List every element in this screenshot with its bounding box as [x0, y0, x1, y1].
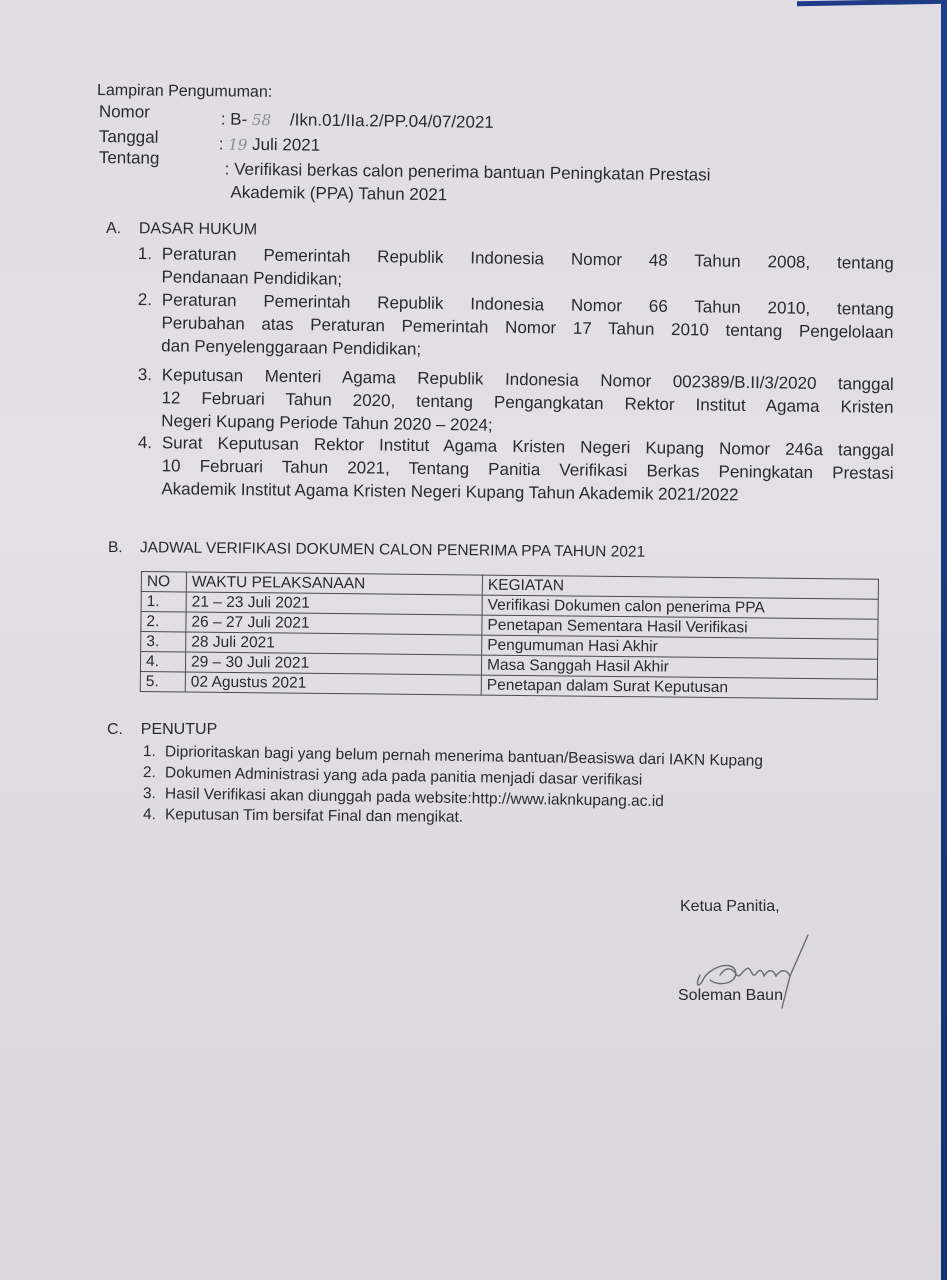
- tanggal-value: Juli 2021: [252, 135, 320, 155]
- cell-waktu: 26 – 27 Juli 2021: [186, 612, 482, 635]
- section-letter: B.: [108, 539, 123, 556]
- item-number: 4.: [143, 806, 165, 824]
- item-number: 3.: [138, 363, 152, 386]
- signature-title: Ketua Panitia,: [680, 898, 780, 916]
- handwritten-number: 58: [252, 111, 271, 129]
- meta-value: : Verifikasi berkas calon penerima bantu…: [225, 160, 711, 186]
- nomor-value: /Ikn.01/IIa.2/PP.04/07/2021: [290, 110, 494, 131]
- dasar-hukum-item: 1. Peraturan Pemerintah Republik Indones…: [138, 242, 894, 252]
- item-text: Keputusan Tim bersifat Final dan mengika…: [165, 806, 463, 826]
- cell-no: 3.: [141, 632, 186, 652]
- document-page: Lampiran Pengumuman: Nomor : B- 58 /Ikn.…: [0, 0, 947, 1280]
- cell-waktu: 21 – 23 Juli 2021: [186, 592, 482, 615]
- section-letter: A.: [106, 220, 121, 237]
- meta-label: Tanggal: [99, 127, 159, 148]
- cell-kegiatan: Penetapan dalam Surat Keputusan: [481, 675, 877, 699]
- item-number: 2.: [143, 764, 165, 782]
- schedule-table: NO WAKTU PELAKSANAAN KEGIATAN 1. 21 – 23…: [140, 571, 879, 700]
- background-edge-top: [797, 0, 947, 6]
- meta-prefix: :: [225, 160, 230, 179]
- section-b-heading: B. JADWAL VERIFIKASI DOKUMEN CALON PENER…: [108, 539, 645, 562]
- meta-label: Nomor: [99, 102, 150, 123]
- meta-label: Tentang: [99, 148, 160, 169]
- item-text: Keputusan Menteri Agama Republik Indones…: [161, 363, 894, 442]
- tentang-value-line2: Akademik (PPA) Tahun 2021: [230, 183, 447, 206]
- item-text: Dokumen Administrasi yang ada pada panit…: [165, 764, 643, 788]
- meta-value: : 19 Juli 2021: [219, 134, 321, 155]
- signatory-name: Soleman Baun: [678, 987, 783, 1005]
- cell-no: 2.: [141, 612, 186, 632]
- cell-waktu: 02 Agustus 2021: [185, 672, 481, 695]
- section-title: JADWAL VERIFIKASI DOKUMEN CALON PENERIMA…: [140, 539, 645, 560]
- handwritten-date: 19: [228, 136, 247, 154]
- header-no: NO: [141, 572, 186, 592]
- meta-value: : B- 58 /Ikn.01/IIa.2/PP.04/07/2021: [221, 109, 494, 132]
- header-waktu: WAKTU PELAKSANAAN: [186, 572, 482, 595]
- background-edge: [941, 0, 947, 1280]
- section-title: PENUTUP: [141, 721, 217, 738]
- item-number: 1.: [138, 242, 152, 265]
- penutup-item: 4.Keputusan Tim bersifat Final dan mengi…: [143, 806, 463, 827]
- item-text: Surat Keputusan Rektor Institut Agama Kr…: [161, 431, 894, 508]
- item-number: 4.: [138, 431, 152, 454]
- cell-no: 5.: [140, 671, 185, 691]
- cell-waktu: 28 Juli 2021: [186, 632, 482, 655]
- item-number: 1.: [143, 743, 165, 761]
- item-number: 3.: [143, 785, 165, 803]
- section-c-heading: C. PENUTUP: [107, 721, 217, 739]
- lampiran-heading: Lampiran Pengumuman:: [97, 82, 272, 102]
- section-title: DASAR HUKUM: [139, 220, 257, 238]
- item-text: Peraturan Pemerintah Republik Indonesia …: [161, 288, 894, 367]
- meta-prefix: :: [219, 134, 224, 153]
- cell-waktu: 29 – 30 Juli 2021: [185, 652, 481, 675]
- meta-prefix: : B-: [221, 109, 248, 128]
- item-number: 2.: [138, 288, 152, 311]
- section-letter: C.: [107, 721, 123, 738]
- cell-no: 1.: [141, 592, 186, 612]
- cell-no: 4.: [140, 652, 185, 672]
- section-a-heading: A. DASAR HUKUM: [106, 220, 257, 239]
- tentang-value: Verifikasi berkas calon penerima bantuan…: [234, 160, 710, 185]
